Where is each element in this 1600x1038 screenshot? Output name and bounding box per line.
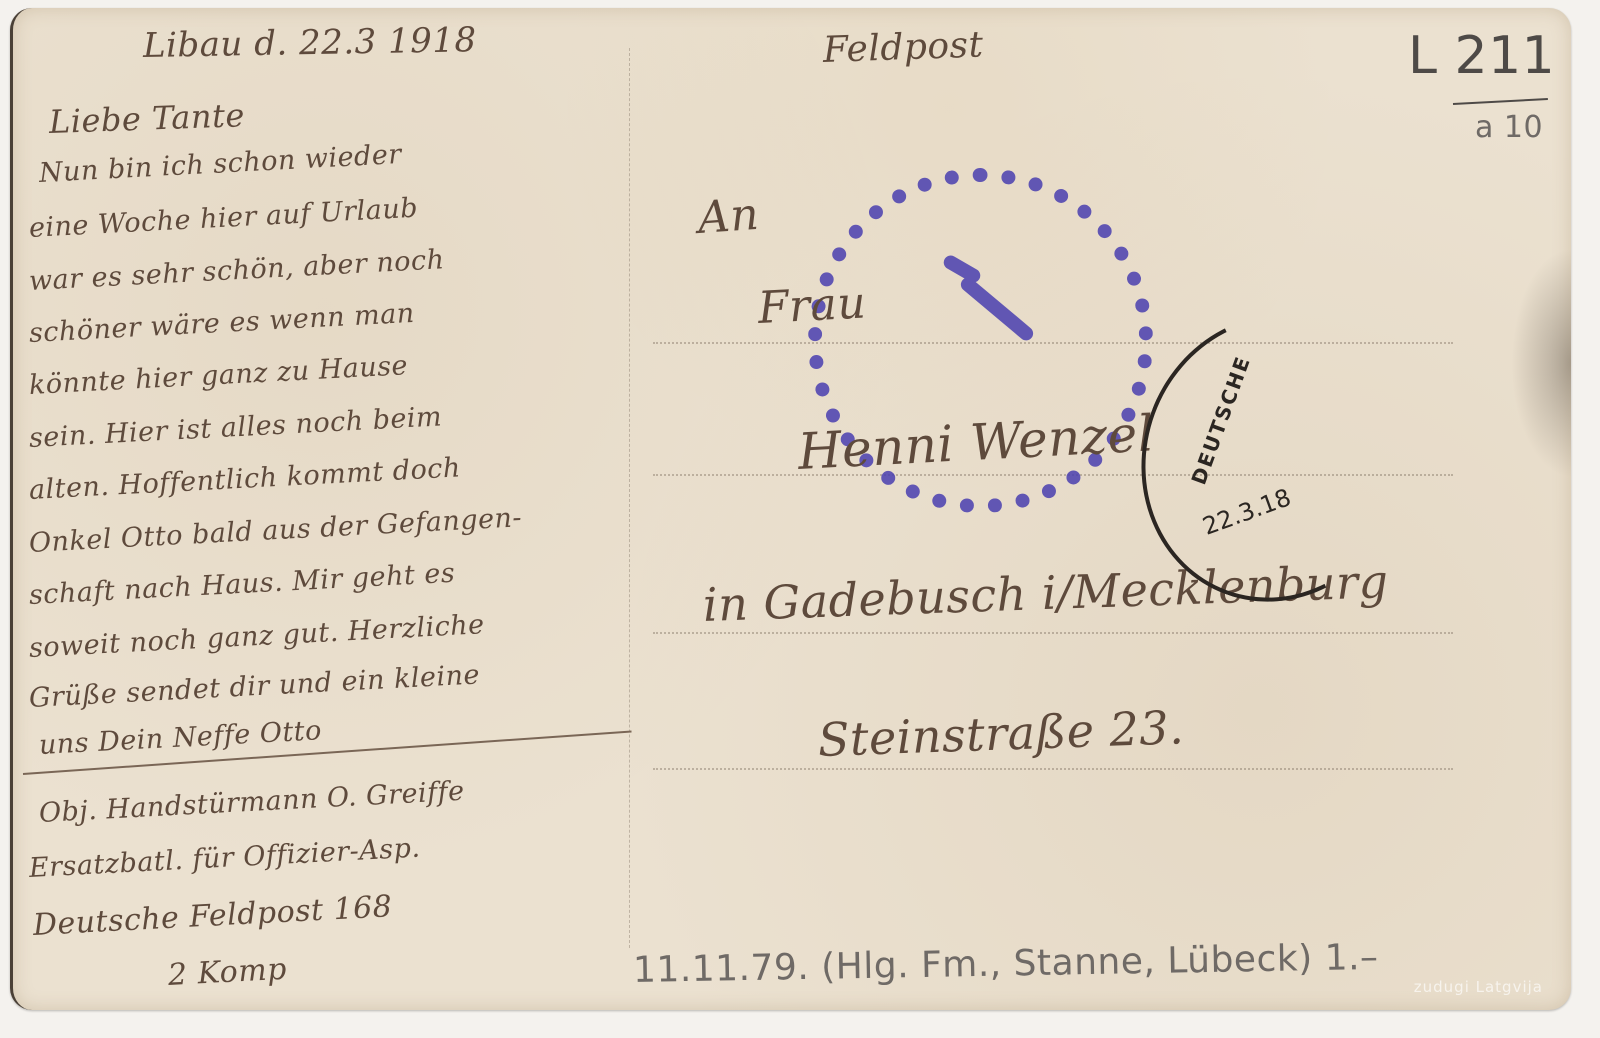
message-line: Onkel Otto bald aus der Gefangen- [28,502,523,559]
watermark: zudugi Latgvija [1414,978,1543,996]
message-line: war es sehr schön, aber noch [28,244,445,297]
message-line: könnte hier ganz zu Hause [28,350,409,401]
message-line: Nun bin ich schon wieder [38,139,402,189]
message-line: soweit noch ganz gut. Herzliche [28,609,485,664]
pencil-underline [1453,98,1548,105]
center-divider [629,48,630,948]
corner-pencil-note: L 211 [1408,26,1555,86]
recipient-line: Frau [757,277,868,334]
address-dotted-line [653,768,1453,770]
sender-line: 2 Komp [167,952,288,993]
date-line: Libau d. 22.3 1918 [143,20,477,66]
feldpost-header: Feldpost [822,24,984,71]
corner-pencil-subnote: a 10 [1475,110,1543,145]
message-line: schaft nach Haus. Mir geht es [28,558,456,611]
bottom-pencil-note: 11.11.79. (Hlg. Fm., Stanne, Lübeck) 1.– [633,937,1379,991]
recipient-line: An [696,189,761,244]
stamp-mark [958,275,1036,344]
sender-line: Ersatzbatl. für Offizier-Asp. [28,833,421,884]
salutation: Liebe Tante [48,96,245,141]
message-line: eine Woche hier auf Urlaub [28,193,419,244]
message-line: Grüße sendet dir und ein kleine [28,659,481,714]
address-dotted-line [653,632,1453,634]
postcard: Libau d. 22.3 1918 Liebe Tante Nun bin i… [10,8,1571,1010]
message-line: schöner wäre es wenn man [28,298,415,349]
recipient-line: Steinstraße 23. [817,700,1185,767]
sender-line: Deutsche Feldpost 168 [32,889,393,943]
partial-stamp-edge [1511,248,1571,478]
message-line: alten. Hoffentlich kommt doch [28,452,461,506]
sender-line: Obj. Handstürmann O. Greiffe [38,776,465,829]
message-line: sein. Hier ist alles noch beim [28,401,443,454]
